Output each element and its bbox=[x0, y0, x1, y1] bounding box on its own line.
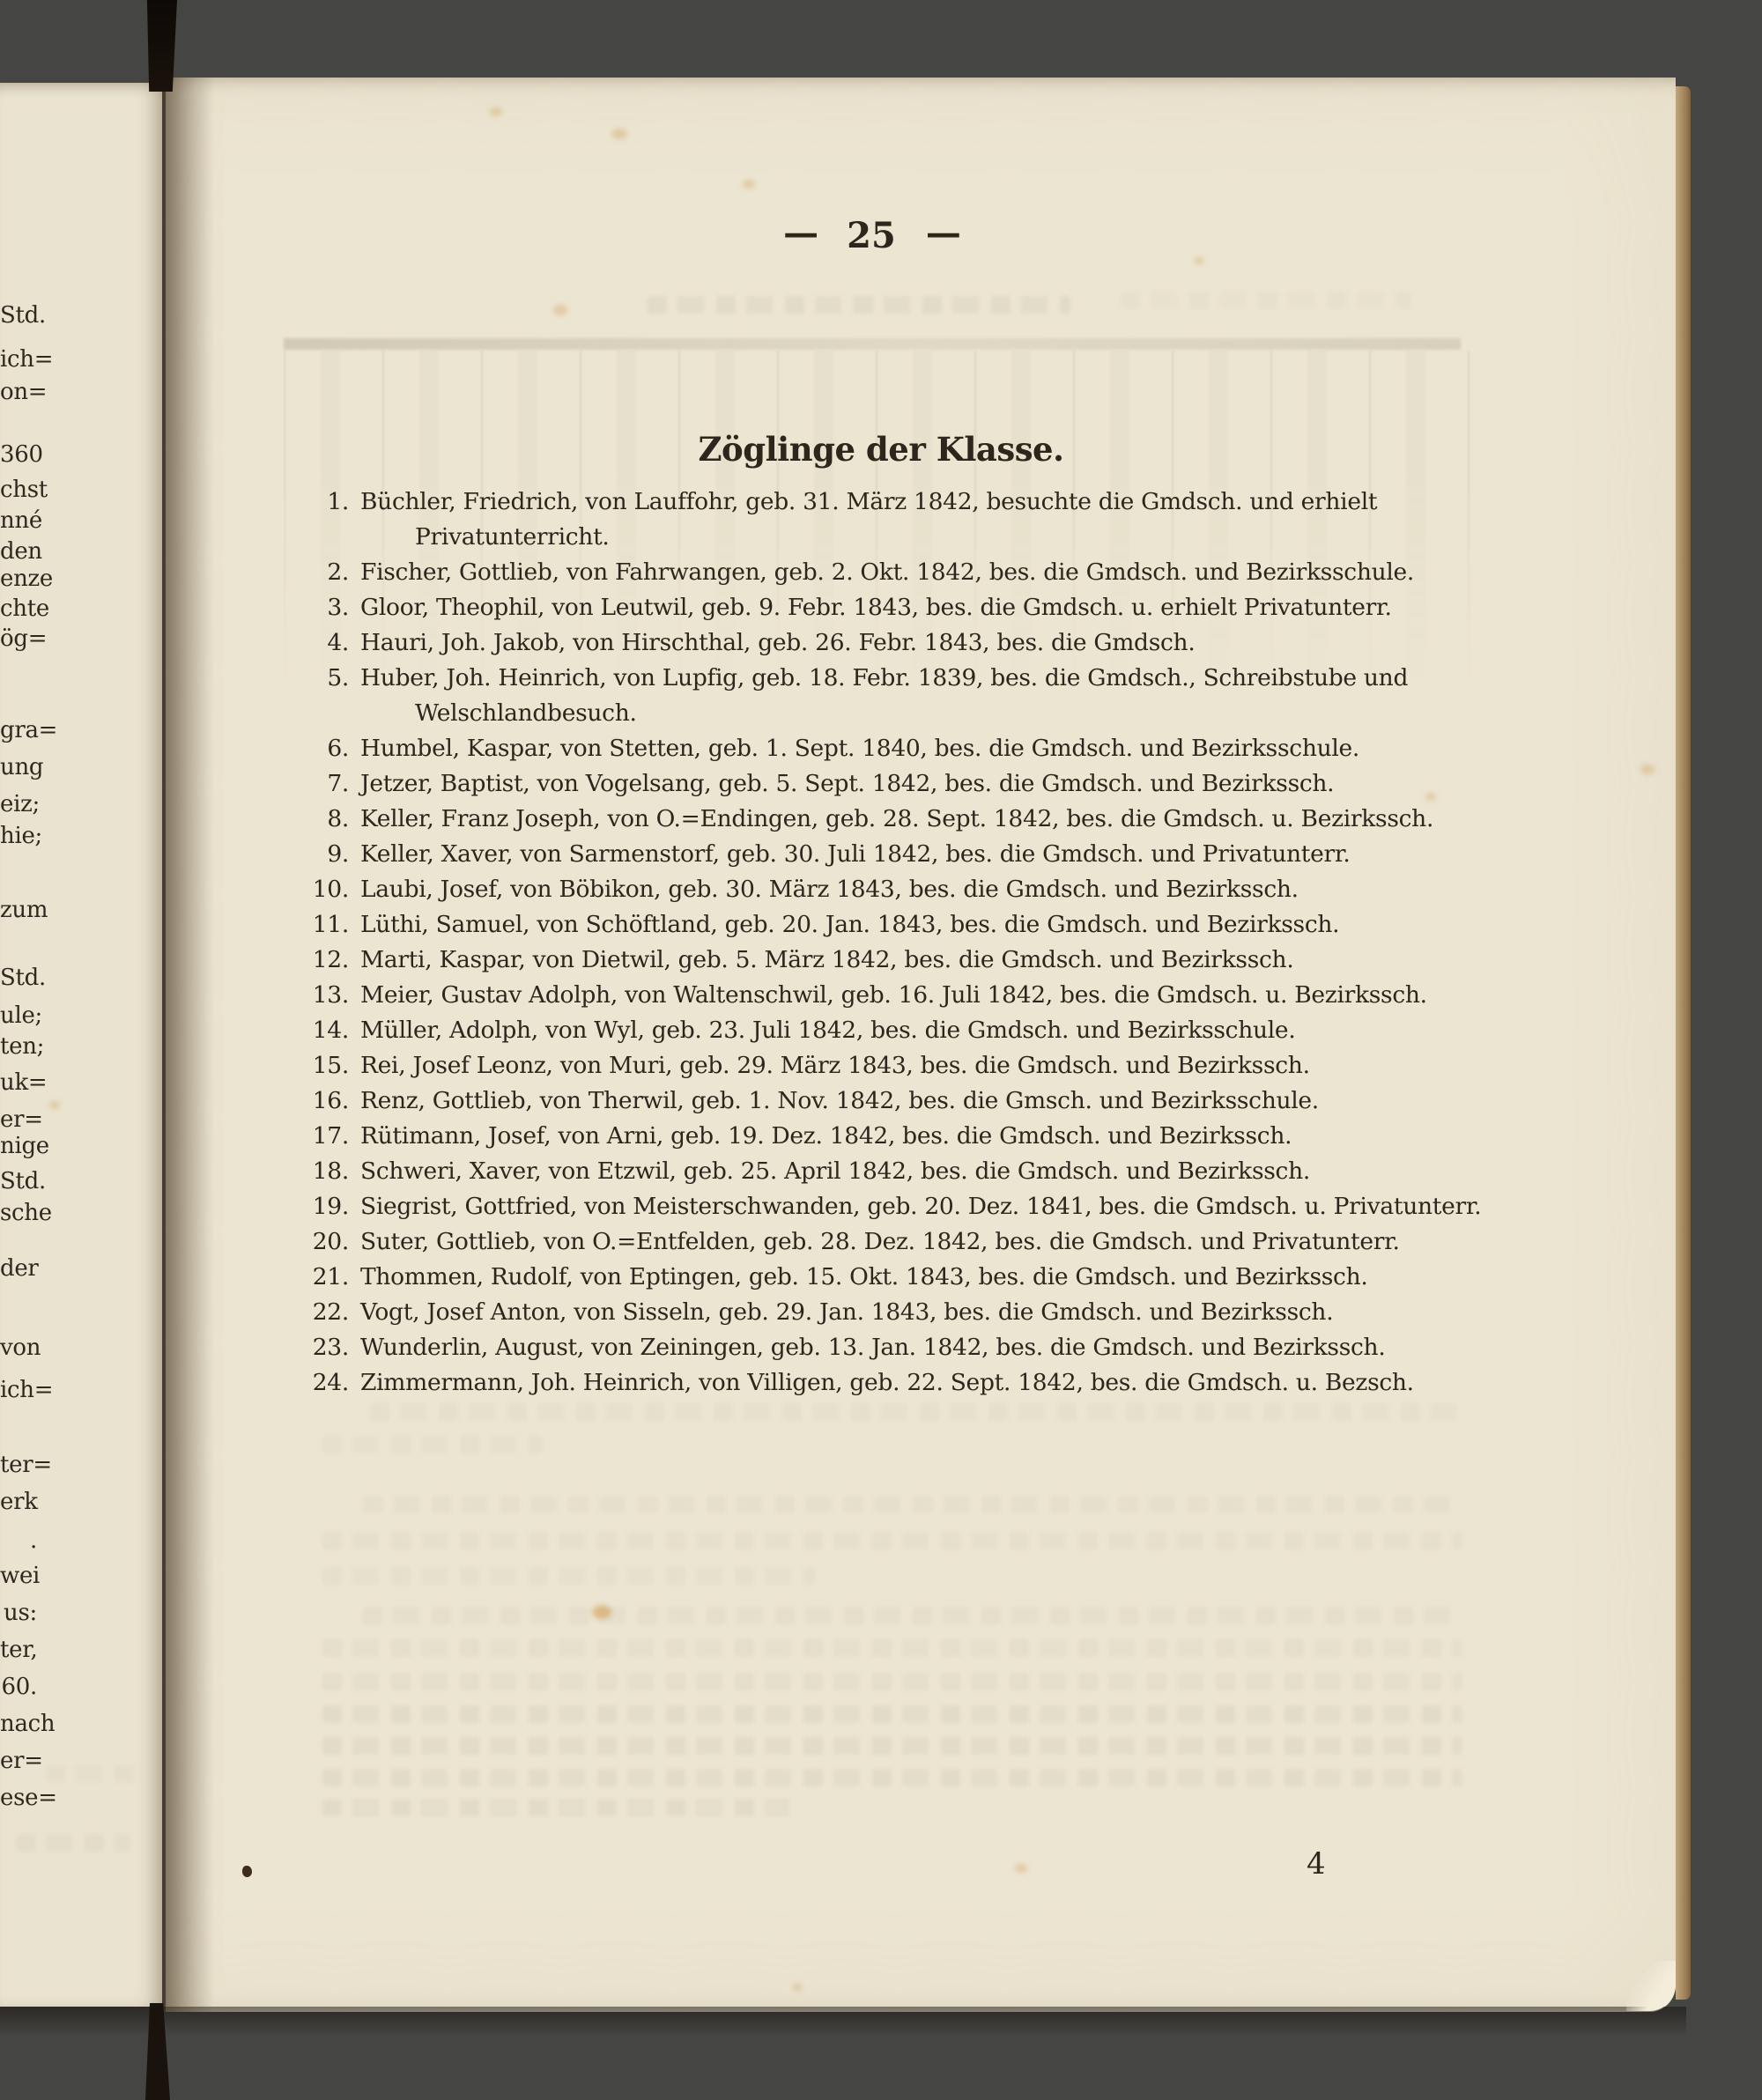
margin-text-fragment: er= bbox=[0, 1749, 37, 1772]
margin-text-fragment: wei bbox=[0, 1564, 37, 1587]
margin-text-fragment: on= bbox=[0, 381, 37, 403]
bleedthrough-paragraph bbox=[370, 1403, 1462, 1421]
student-list-item: 6.Humbel, Kaspar, von Stetten, geb. 1. S… bbox=[300, 731, 1507, 766]
student-list-item: 23.Wunderlin, August, von Zeiningen, geb… bbox=[300, 1330, 1507, 1365]
item-text: Wunderlin, August, von Zeiningen, geb. 1… bbox=[360, 1334, 1385, 1361]
bleedthrough-paragraph bbox=[322, 1532, 1462, 1549]
margin-text-fragment: er= bbox=[0, 1108, 37, 1131]
item-text: Lüthi, Samuel, von Schöftland, geb. 20. … bbox=[360, 911, 1339, 938]
item-number: 21. bbox=[300, 1260, 349, 1295]
bleedthrough-headline bbox=[648, 296, 1070, 314]
bookmark-ribbon-top bbox=[144, 0, 177, 92]
margin-text-fragment: ög= bbox=[0, 627, 37, 650]
margin-text-fragment: der bbox=[0, 1257, 37, 1280]
margin-text-fragment: enze bbox=[0, 567, 37, 590]
student-list-item: 18.Schweri, Xaver, von Etzwil, geb. 25. … bbox=[300, 1154, 1507, 1189]
foxing-spot bbox=[1195, 257, 1203, 264]
foxing-spot bbox=[611, 129, 627, 139]
ink-dot bbox=[242, 1866, 252, 1877]
item-number: 1. bbox=[300, 484, 349, 520]
book-scan: — 25 — Zöglinge der Klasse. 1.Büchler, F… bbox=[0, 0, 1762, 2100]
item-number: 9. bbox=[300, 837, 349, 872]
foxing-spot bbox=[592, 1605, 611, 1619]
item-text: Schweri, Xaver, von Etzwil, geb. 25. Apr… bbox=[360, 1157, 1310, 1185]
item-continuation: Welschlandbesuch. bbox=[300, 696, 1507, 731]
foxing-spot bbox=[793, 1984, 802, 1991]
item-number: 2. bbox=[300, 555, 349, 590]
page-bottom-shadow bbox=[0, 2007, 1686, 2037]
item-number: 3. bbox=[300, 590, 349, 625]
student-list-item: 8.Keller, Franz Joseph, von O.=Endingen,… bbox=[300, 802, 1507, 837]
margin-text-fragment: den bbox=[0, 540, 37, 563]
item-number: 13. bbox=[300, 978, 349, 1013]
student-list-item: 4.Hauri, Joh. Jakob, von Hirschthal, geb… bbox=[300, 625, 1507, 661]
item-text: Suter, Gottlieb, von O.=Entfelden, geb. … bbox=[360, 1228, 1400, 1255]
margin-text-fragment: nach bbox=[0, 1712, 37, 1735]
margin-text-fragment: sche bbox=[0, 1202, 37, 1224]
margin-text-fragment: erk bbox=[0, 1490, 37, 1513]
student-list-item: 7.Jetzer, Baptist, von Vogelsang, geb. 5… bbox=[300, 766, 1507, 802]
item-number: 11. bbox=[300, 907, 349, 943]
foxing-spot bbox=[490, 107, 502, 116]
margin-text-fragment: zum bbox=[0, 898, 37, 921]
item-text: Renz, Gottlieb, von Therwil, geb. 1. Nov… bbox=[360, 1087, 1319, 1114]
margin-text-fragment: von bbox=[0, 1336, 37, 1359]
item-number: 18. bbox=[300, 1154, 349, 1189]
bleedthrough-paragraph bbox=[322, 1737, 1462, 1755]
page-number-dash-right: — bbox=[926, 212, 959, 254]
margin-text-fragment: ter, bbox=[0, 1638, 37, 1661]
item-number: 4. bbox=[300, 625, 349, 661]
item-number: 17. bbox=[300, 1119, 349, 1154]
student-list-item: 2.Fischer, Gottlieb, von Fahrwangen, geb… bbox=[300, 555, 1507, 590]
item-text: Humbel, Kaspar, von Stetten, geb. 1. Sep… bbox=[360, 735, 1359, 762]
item-number: 8. bbox=[300, 802, 349, 837]
bleedthrough-paragraph bbox=[322, 1567, 816, 1585]
item-text: Müller, Adolph, von Wyl, geb. 23. Juli 1… bbox=[360, 1017, 1295, 1044]
margin-text-fragment: hie; bbox=[0, 824, 37, 847]
margin-text-fragment: ese= bbox=[0, 1786, 37, 1809]
margin-text-fragment: Std. bbox=[0, 1170, 37, 1193]
bleedthrough-paragraph bbox=[322, 1799, 789, 1816]
item-text: Laubi, Josef, von Böbikon, geb. 30. März… bbox=[360, 876, 1299, 903]
item-text: Büchler, Friedrich, von Lauffohr, geb. 3… bbox=[360, 488, 1377, 515]
student-list-item: 19.Siegrist, Gottfried, von Meisterschwa… bbox=[300, 1189, 1507, 1224]
margin-text-fragment: ich= bbox=[0, 348, 37, 371]
margin-text-fragment: chst bbox=[0, 478, 37, 501]
margin-text-fragment: chte bbox=[0, 597, 37, 620]
student-list-item: 16.Renz, Gottlieb, von Therwil, geb. 1. … bbox=[300, 1083, 1507, 1119]
item-number: 16. bbox=[300, 1083, 349, 1119]
margin-text-fragment: Std. bbox=[0, 966, 37, 989]
item-number: 15. bbox=[300, 1048, 349, 1083]
margin-text-fragment: gra= bbox=[0, 719, 37, 742]
bleedthrough-paragraph bbox=[363, 1496, 1462, 1513]
item-number: 7. bbox=[300, 766, 349, 802]
item-text: Hauri, Joh. Jakob, von Hirschthal, geb. … bbox=[360, 629, 1195, 656]
foxing-spot bbox=[1640, 765, 1655, 774]
margin-text-fragment: eiz; bbox=[0, 793, 37, 816]
item-text: Zimmermann, Joh. Heinrich, von Villigen,… bbox=[360, 1369, 1414, 1396]
bleedthrough-paragraph bbox=[322, 1639, 1462, 1657]
student-list-item: 11.Lüthi, Samuel, von Schöftland, geb. 2… bbox=[300, 907, 1507, 943]
margin-text-fragment: ter= bbox=[0, 1453, 37, 1476]
bleedthrough-headline bbox=[1121, 292, 1411, 309]
student-list-item: 9.Keller, Xaver, von Sarmenstorf, geb. 3… bbox=[300, 837, 1507, 872]
margin-text-fragment: nige bbox=[0, 1135, 37, 1157]
margin-text-fragment: ule; bbox=[0, 1004, 37, 1027]
bleedthrough-table-rule bbox=[284, 338, 1461, 350]
item-text: Keller, Xaver, von Sarmenstorf, geb. 30.… bbox=[360, 840, 1350, 868]
margin-text-fragment: nné bbox=[0, 509, 37, 532]
item-text: Huber, Joh. Heinrich, von Lupfig, geb. 1… bbox=[360, 664, 1408, 691]
page-number-dash-left: — bbox=[783, 212, 817, 254]
item-text: Vogt, Josef Anton, von Sisseln, geb. 29.… bbox=[360, 1298, 1333, 1326]
signature-mark: 4 bbox=[1307, 1846, 1326, 1882]
item-text: Marti, Kaspar, von Dietwil, geb. 5. März… bbox=[360, 946, 1293, 973]
item-text: Meier, Gustav Adolph, von Waltenschwil, … bbox=[360, 981, 1427, 1009]
margin-text-fragment: ten; bbox=[0, 1035, 37, 1058]
margin-text-fragment: ich= bbox=[0, 1379, 37, 1401]
item-text: Rütimann, Josef, von Arni, geb. 19. Dez.… bbox=[360, 1122, 1292, 1150]
margin-text-fragment: us: bbox=[0, 1601, 37, 1624]
student-list-item: 15.Rei, Josef Leonz, von Muri, geb. 29. … bbox=[300, 1048, 1507, 1083]
foxing-spot bbox=[49, 1101, 60, 1109]
item-text: Thommen, Rudolf, von Eptingen, geb. 15. … bbox=[360, 1263, 1367, 1290]
margin-text-fragment: ung bbox=[0, 756, 37, 779]
item-number: 14. bbox=[300, 1013, 349, 1048]
student-list-item: 13.Meier, Gustav Adolph, von Waltenschwi… bbox=[300, 978, 1507, 1013]
item-text: Rei, Josef Leonz, von Muri, geb. 29. Mär… bbox=[360, 1052, 1310, 1079]
student-list-item: 22.Vogt, Josef Anton, von Sisseln, geb. … bbox=[300, 1295, 1507, 1330]
item-number: 24. bbox=[300, 1365, 349, 1401]
item-number: 10. bbox=[300, 872, 349, 907]
student-list-item: 3.Gloor, Theophil, von Leutwil, geb. 9. … bbox=[300, 590, 1507, 625]
student-list-item: 21.Thommen, Rudolf, von Eptingen, geb. 1… bbox=[300, 1260, 1507, 1295]
student-list-item: 10.Laubi, Josef, von Böbikon, geb. 30. M… bbox=[300, 872, 1507, 907]
foxing-spot bbox=[1015, 1864, 1027, 1873]
item-number: 5. bbox=[300, 661, 349, 696]
student-list-item: 17.Rütimann, Josef, von Arni, geb. 19. D… bbox=[300, 1119, 1507, 1154]
margin-text-fragment: Std. bbox=[0, 304, 37, 327]
student-list-item: 5.Huber, Joh. Heinrich, von Lupfig, geb.… bbox=[300, 661, 1507, 696]
page-number-value: 25 bbox=[847, 215, 896, 256]
student-list-item: 1.Büchler, Friedrich, von Lauffohr, geb.… bbox=[300, 484, 1507, 520]
student-list-item: 12.Marti, Kaspar, von Dietwil, geb. 5. M… bbox=[300, 943, 1507, 978]
margin-text-fragment: . bbox=[0, 1529, 37, 1552]
item-number: 20. bbox=[300, 1224, 349, 1260]
bleedthrough-smudge bbox=[16, 1834, 130, 1852]
bleedthrough-smudge bbox=[46, 1765, 143, 1783]
margin-text-fragment: 60. bbox=[0, 1675, 37, 1698]
student-list-item: 14.Müller, Adolph, von Wyl, geb. 23. Jul… bbox=[300, 1013, 1507, 1048]
item-text: Siegrist, Gottfried, von Meisterschwande… bbox=[360, 1193, 1481, 1220]
bleedthrough-paragraph bbox=[322, 1436, 543, 1453]
item-number: 23. bbox=[300, 1330, 349, 1365]
item-number: 19. bbox=[300, 1189, 349, 1224]
student-list-item: 20.Suter, Gottlieb, von O.=Entfelden, ge… bbox=[300, 1224, 1507, 1260]
margin-text-fragment: uk= bbox=[0, 1071, 37, 1094]
foxing-spot bbox=[553, 305, 567, 315]
student-list-item: 24.Zimmermann, Joh. Heinrich, von Villig… bbox=[300, 1365, 1507, 1401]
item-number: 6. bbox=[300, 731, 349, 766]
student-list: 1.Büchler, Friedrich, von Lauffohr, geb.… bbox=[300, 484, 1507, 1401]
item-text: Gloor, Theophil, von Leutwil, geb. 9. Fe… bbox=[360, 594, 1392, 621]
section-heading: Zöglinge der Klasse. bbox=[699, 430, 1064, 469]
bleedthrough-paragraph bbox=[322, 1673, 1462, 1690]
foxing-spot bbox=[743, 180, 755, 189]
margin-text-fragment: 360 bbox=[0, 443, 37, 466]
page-number: — 25 — bbox=[783, 215, 959, 256]
bleedthrough-paragraph bbox=[322, 1769, 1462, 1786]
bleedthrough-paragraph bbox=[363, 1607, 1462, 1624]
item-text: Jetzer, Baptist, von Vogelsang, geb. 5. … bbox=[360, 770, 1334, 797]
page-stack-fore-edge bbox=[1676, 86, 1691, 2000]
item-text: Keller, Franz Joseph, von O.=Endingen, g… bbox=[360, 805, 1433, 832]
item-text: Fischer, Gottlieb, von Fahrwangen, geb. … bbox=[360, 558, 1414, 586]
item-continuation: Privatunterricht. bbox=[300, 520, 1507, 555]
item-number: 22. bbox=[300, 1295, 349, 1330]
item-number: 12. bbox=[300, 943, 349, 978]
bleedthrough-paragraph bbox=[322, 1705, 1462, 1723]
